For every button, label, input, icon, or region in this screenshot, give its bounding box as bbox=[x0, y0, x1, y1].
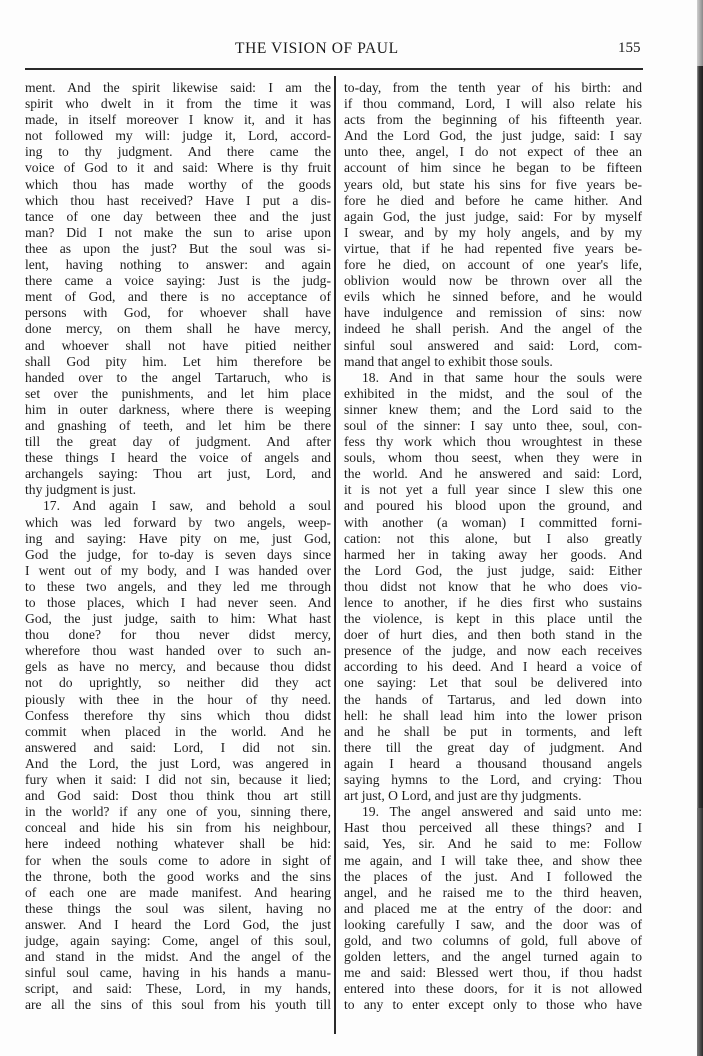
text-line: conceal and hide his sin from his neighb… bbox=[25, 820, 331, 836]
text-line: with another (a woman) I committed forni… bbox=[344, 515, 642, 531]
text-line: script, and said: These, Lord, in my han… bbox=[25, 981, 331, 997]
text-line: art just, O Lord, and just are thy judgm… bbox=[344, 788, 642, 804]
text-line: doer of hurt dies, and then both stand i… bbox=[344, 627, 642, 643]
text-line: me again, and I will take thee, and show… bbox=[344, 853, 642, 869]
text-line: to those places, which I had never seen.… bbox=[25, 595, 331, 611]
text-line: gels as have no mercy, and because thou … bbox=[25, 659, 331, 675]
text-line: unto thee, angel, I do not expect of the… bbox=[344, 144, 642, 160]
binding-edge-bottom bbox=[697, 808, 703, 1056]
text-line: to any to enter except only to those who… bbox=[344, 997, 642, 1013]
text-line: archangels saying: Thou art just, Lord, … bbox=[25, 466, 331, 482]
text-line: commit when placed in the world. And he bbox=[25, 724, 331, 740]
text-line: God the judge, for to-day is seven days … bbox=[25, 547, 331, 563]
text-line: voice of God to it and said: Where is th… bbox=[25, 160, 331, 176]
text-line: presence of the judge, and now each rece… bbox=[344, 643, 642, 659]
text-line: angel, and he raised me to the third hea… bbox=[344, 885, 642, 901]
text-line: sinful soul answered and said: Lord, com… bbox=[344, 338, 642, 354]
text-line: sinner knew them; and the Lord said to t… bbox=[344, 402, 642, 418]
text-line: gold, and two columns of gold, full abov… bbox=[344, 933, 642, 949]
text-line: cation: not this alone, but I also great… bbox=[344, 531, 642, 547]
text-line: fury when it said: I did not sin, becaus… bbox=[25, 772, 331, 788]
text-line: to these two angels, and they led me thr… bbox=[25, 579, 331, 595]
text-line: fore he died and before he came hither. … bbox=[344, 193, 642, 209]
text-line: man? Did I not make the sun to arise upo… bbox=[25, 225, 331, 241]
text-line: soul of the sinner: I say unto thee, sou… bbox=[344, 418, 642, 434]
text-line: Confess therefore thy sins which thou di… bbox=[25, 708, 331, 724]
text-line: and placed me at the entry of the door: … bbox=[344, 901, 642, 917]
text-line: oblivion would now be thrown over all th… bbox=[344, 273, 642, 289]
text-line: again I heard a thousand thousand angels bbox=[344, 756, 642, 772]
text-line: answered and said: Lord, I did not sin. bbox=[25, 740, 331, 756]
text-line: mand that angel to exhibit those souls. bbox=[344, 354, 642, 370]
text-line: account of him since he began to be fift… bbox=[344, 160, 642, 176]
text-line: 18. And in that same hour the souls were bbox=[344, 370, 642, 386]
text-line: ment. And the spirit likewise said: I am… bbox=[25, 80, 331, 96]
text-line: the places of the just. And I followed t… bbox=[344, 869, 642, 885]
text-line: one saying: Let that soul be delivered i… bbox=[344, 675, 642, 691]
text-line: done mercy, on them shall he have mercy, bbox=[25, 321, 331, 337]
column-divider bbox=[334, 76, 336, 1034]
running-header: THE VISION OF PAUL bbox=[0, 40, 703, 66]
text-line: said, Yes, sir. And he said to me: Follo… bbox=[344, 836, 642, 852]
text-line: saying hymns to the Lord, and crying: Th… bbox=[344, 772, 642, 788]
text-line: And the Lord, the just Lord, was angered… bbox=[25, 756, 331, 772]
text-line: and whoever shall not have pitied neithe… bbox=[25, 338, 331, 354]
text-line: persons with God, for whoever shall have bbox=[25, 305, 331, 321]
header-rule bbox=[25, 68, 643, 70]
text-line: have indulgence and remission of sins: n… bbox=[344, 305, 642, 321]
text-line: handed over to the angel Tartaruch, who … bbox=[25, 370, 331, 386]
text-line: thy judgment is just. bbox=[25, 482, 331, 498]
text-line: indeed he shall perish. And the angel of… bbox=[344, 321, 642, 337]
text-line: according to his deed. And I heard a voi… bbox=[344, 659, 642, 675]
text-line: the Lord God, the just judge, said: Eith… bbox=[344, 563, 642, 579]
text-line: are all the sins of this soul from his y… bbox=[25, 997, 331, 1013]
text-line: wherefore thou wast handed over to such … bbox=[25, 643, 331, 659]
text-line: ing and saying: Have pity on me, just Go… bbox=[25, 531, 331, 547]
text-line: me and said: Blessed wert thou, if thou … bbox=[344, 965, 642, 981]
text-line: again God, the just judge, said: For by … bbox=[344, 209, 642, 225]
text-line: fore he died, on account of one year's l… bbox=[344, 257, 642, 273]
text-line: years old, but state his sins for five y… bbox=[344, 177, 642, 193]
text-line: and poured his blood upon the ground, an… bbox=[344, 498, 642, 514]
book-page: THE VISION OF PAUL 155 ment. And the spi… bbox=[0, 0, 703, 1056]
text-line: to-day, from the tenth year of his birth… bbox=[344, 80, 642, 96]
text-line: 19. The angel answered and said unto me: bbox=[344, 804, 642, 820]
text-line: if thou command, Lord, I will also relat… bbox=[344, 96, 642, 112]
text-line: which thou hast received? Have I put a d… bbox=[25, 193, 331, 209]
text-line: golden letters, and the angel turned aga… bbox=[344, 949, 642, 965]
text-line: set over the punishments, and let him pl… bbox=[25, 386, 331, 402]
text-line: ment of God, and there is no acceptance … bbox=[25, 289, 331, 305]
text-line: lent, having nothing to answer: and agai… bbox=[25, 257, 331, 273]
page-binding-edge bbox=[697, 0, 703, 1056]
page-number: 155 bbox=[618, 40, 641, 57]
text-line: which thou has made worthy of the goods bbox=[25, 177, 331, 193]
running-title: THE VISION OF PAUL bbox=[235, 40, 399, 58]
left-column: ment. And the spirit likewise said: I am… bbox=[25, 80, 331, 1013]
text-line: And the Lord God, the just judge, said: … bbox=[344, 128, 642, 144]
text-line: for when the souls come to adore in sigh… bbox=[25, 853, 331, 869]
text-line: the world. And he answered and said: Lor… bbox=[344, 466, 642, 482]
text-line: sinful soul came, having in his hands a … bbox=[25, 965, 331, 981]
text-line: ing to thy judgment. And there came the bbox=[25, 144, 331, 160]
text-line: made, in itself moreover I know it, and … bbox=[25, 112, 331, 128]
text-line: and he shall be put in torments, and lef… bbox=[344, 724, 642, 740]
text-line: I went out of my body, and I was handed … bbox=[25, 563, 331, 579]
text-line: thou done? for thou never didst mercy, bbox=[25, 627, 331, 643]
text-line: the throne, both the good works and the … bbox=[25, 869, 331, 885]
text-line: shall God pity him. Let him therefore be bbox=[25, 354, 331, 370]
text-line: answer. And I heard the Lord God, the ju… bbox=[25, 917, 331, 933]
text-line: and gnashing of teeth, and let him be th… bbox=[25, 418, 331, 434]
text-line: thee as upon the just? But the soul was … bbox=[25, 241, 331, 257]
text-line: the violence, is kept in this place unti… bbox=[344, 611, 642, 627]
text-line: not followed my will: judge it, Lord, ac… bbox=[25, 128, 331, 144]
text-line: tance of one day between thee and the ju… bbox=[25, 209, 331, 225]
right-column: to-day, from the tenth year of his birth… bbox=[344, 80, 642, 1013]
text-line: till the great day of judgment. And afte… bbox=[25, 434, 331, 450]
text-line: lence to another, if he dies first who s… bbox=[344, 595, 642, 611]
text-line: it is not yet a full year since I slew t… bbox=[344, 482, 642, 498]
text-line: I swear, and by my holy angels, and by m… bbox=[344, 225, 642, 241]
text-line: Hast thou perceived all these things? an… bbox=[344, 820, 642, 836]
text-line: not do uprightly, so neither did they ac… bbox=[25, 675, 331, 691]
text-line: of each one are made manifest. And heari… bbox=[25, 885, 331, 901]
text-line: 17. And again I saw, and behold a soul bbox=[25, 498, 331, 514]
text-line: virtue, that if he had repented five yea… bbox=[344, 241, 642, 257]
text-line: harmed her in taking away her goods. And bbox=[344, 547, 642, 563]
text-line: piously with thee in the hour of thy nee… bbox=[25, 692, 331, 708]
text-line: here indeed nothing whatever shall be hi… bbox=[25, 836, 331, 852]
text-line: fess thy work which thou wroughtest in t… bbox=[344, 434, 642, 450]
text-line: thou didst not know that he who does vio… bbox=[344, 579, 642, 595]
text-line: spirit who dwelt in it from the time it … bbox=[25, 96, 331, 112]
text-line: in the world? if any one of you, sinning… bbox=[25, 804, 331, 820]
text-line: which was led forward by two angels, wee… bbox=[25, 515, 331, 531]
text-line: hell: he shall lead him into the lower p… bbox=[344, 708, 642, 724]
text-line: exhibited in the midst, and the soul of … bbox=[344, 386, 642, 402]
text-line: looking carefully I saw, and the door wa… bbox=[344, 917, 642, 933]
text-line: him in outer darkness, where there is we… bbox=[25, 402, 331, 418]
text-line: there came a voice saying: Just is the j… bbox=[25, 273, 331, 289]
text-line: the hands of Tartarus, and led down into bbox=[344, 692, 642, 708]
text-line: there till the great day of judgment. An… bbox=[344, 740, 642, 756]
binding-edge-top bbox=[697, 0, 703, 66]
text-line: and God said: Dost thou think thou art s… bbox=[25, 788, 331, 804]
text-line: judge, again saying: Come, angel of this… bbox=[25, 933, 331, 949]
text-line: evils which he sinned before, and he wou… bbox=[344, 289, 642, 305]
text-line: entered into these doors, for it is not … bbox=[344, 981, 642, 997]
text-line: these things I heard the voice of angels… bbox=[25, 450, 331, 466]
text-line: God, the just judge, saith to him: What … bbox=[25, 611, 331, 627]
text-line: souls, whom thou seest, when they were i… bbox=[344, 450, 642, 466]
text-line: acts from the beginning of his fifteenth… bbox=[344, 112, 642, 128]
text-line: these things the soul was silent, having… bbox=[25, 901, 331, 917]
text-line: and stand in the midst. And the angel of… bbox=[25, 949, 331, 965]
